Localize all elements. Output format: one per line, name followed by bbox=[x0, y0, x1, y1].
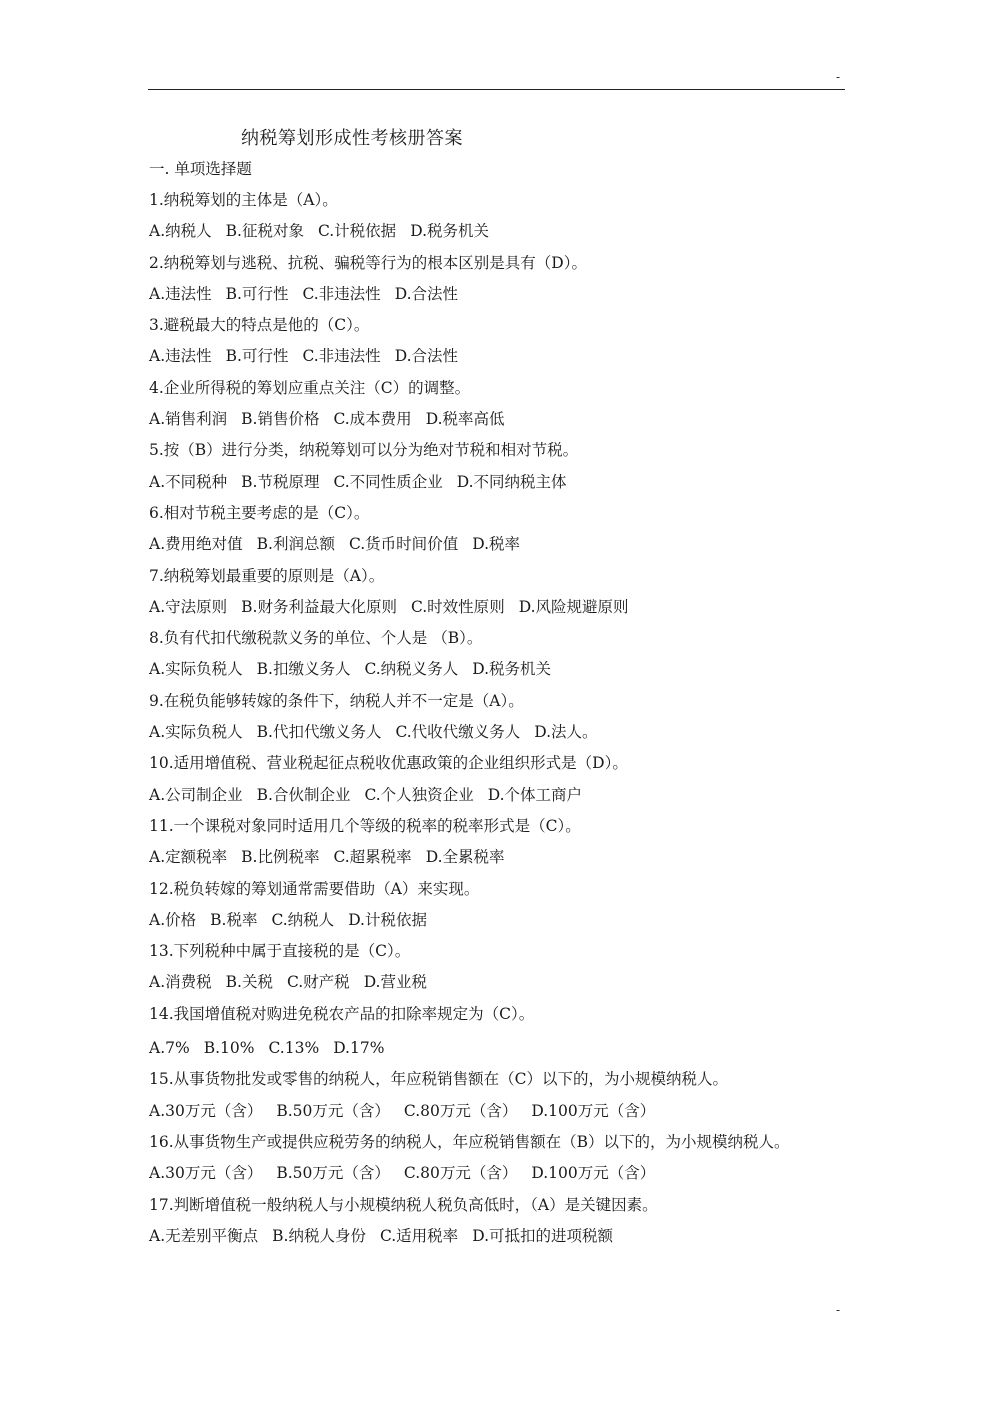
answer-option: C.货币时间价值 bbox=[349, 535, 458, 553]
answer-options: A.30万元（含）B.50万元（含）C.80万元（含）D.100万元（含） bbox=[149, 1158, 849, 1189]
answer-option: A.实际负税人 bbox=[149, 723, 243, 741]
answer-option: A.违法性 bbox=[149, 285, 212, 303]
answer-option: C.纳税义务人 bbox=[364, 660, 458, 678]
answer-option: A.纳税人 bbox=[149, 222, 212, 240]
answer-option: D.税务机关 bbox=[472, 660, 551, 678]
answer-option: B.扣缴义务人 bbox=[257, 660, 351, 678]
question-stem: 4.企业所得税的筹划应重点关注（C）的调整。 bbox=[149, 373, 849, 404]
answer-option: B.关税 bbox=[226, 973, 273, 991]
answer-option: D.税率 bbox=[472, 535, 520, 553]
answer-option: B.利润总额 bbox=[257, 535, 335, 553]
question-stem: 8.负有代扣代缴税款义务的单位、个人是 （B）。 bbox=[149, 623, 849, 654]
answer-option: C.不同性质企业 bbox=[333, 473, 442, 491]
question-list: 1.纳税筹划的主体是（A）。A.纳税人B.征税对象C.计税依据D.税务机关2.纳… bbox=[149, 185, 849, 1252]
answer-option: C.时效性原则 bbox=[411, 598, 505, 616]
document-body: 纳税筹划形成性考核册答案 一. 单项选择题 1.纳税筹划的主体是（A）。A.纳税… bbox=[149, 125, 849, 1252]
answer-option: B.销售价格 bbox=[241, 410, 319, 428]
answer-options: A.费用绝对值B.利润总额C.货币时间价值D.税率 bbox=[149, 529, 849, 560]
answer-option: A.守法原则 bbox=[149, 598, 227, 616]
answer-option: A.费用绝对值 bbox=[149, 535, 243, 553]
answer-option: C.13% bbox=[269, 1039, 320, 1057]
answer-option: B.10% bbox=[204, 1039, 255, 1057]
answer-option: B.50万元（含） bbox=[276, 1102, 390, 1120]
answer-option: D.全累税率 bbox=[426, 848, 505, 866]
answer-option: D.100万元（含） bbox=[531, 1102, 655, 1120]
footer-mark: - bbox=[836, 1303, 840, 1317]
question-stem: 16.从事货物生产或提供应税劳务的纳税人，年应税销售额在（B）以下的，为小规模纳… bbox=[149, 1127, 839, 1158]
header-rule bbox=[148, 89, 845, 90]
answer-options: A.不同税种B.节税原理C.不同性质企业D.不同纳税主体 bbox=[149, 467, 849, 498]
question-stem: 9.在税负能够转嫁的条件下，纳税人并不一定是（A）。 bbox=[149, 686, 849, 717]
answer-option: B.比例税率 bbox=[241, 848, 319, 866]
answer-option: C.80万元（含） bbox=[404, 1102, 517, 1120]
answer-option: B.可行性 bbox=[226, 285, 289, 303]
answer-option: D.合法性 bbox=[395, 285, 458, 303]
answer-option: A.违法性 bbox=[149, 347, 212, 365]
question-stem: 11.一个课税对象同时适用几个等级的税率的税率形式是（C）。 bbox=[149, 811, 849, 842]
answer-option: D.营业税 bbox=[364, 973, 427, 991]
answer-option: B.纳税人身份 bbox=[272, 1227, 366, 1245]
answer-option: D.17% bbox=[333, 1039, 384, 1057]
answer-option: D.计税依据 bbox=[348, 911, 427, 929]
answer-option: D.100万元（含） bbox=[531, 1164, 655, 1182]
question-stem: 10.适用增值税、营业税起征点税收优惠政策的企业组织形式是（D）。 bbox=[149, 748, 849, 779]
header-mark: - bbox=[836, 70, 840, 84]
answer-option: D.法人。 bbox=[534, 723, 597, 741]
answer-option: C.超累税率 bbox=[333, 848, 411, 866]
answer-option: C.80万元（含） bbox=[404, 1164, 517, 1182]
answer-option: A.不同税种 bbox=[149, 473, 227, 491]
answer-option: D.税务机关 bbox=[410, 222, 489, 240]
answer-options: A.消费税B.关税C.财产税D.营业税 bbox=[149, 967, 849, 998]
answer-options: A.30万元（含）B.50万元（含）C.80万元（含）D.100万元（含） bbox=[149, 1096, 849, 1127]
answer-options: A.实际负税人B.代扣代缴义务人C.代收代缴义务人D.法人。 bbox=[149, 717, 849, 748]
answer-option: A.30万元（含） bbox=[149, 1102, 262, 1120]
question-stem: 5.按（B）进行分类，纳税筹划可以分为绝对节税和相对节税。 bbox=[149, 435, 849, 466]
answer-options: A.纳税人B.征税对象C.计税依据D.税务机关 bbox=[149, 216, 849, 247]
question-stem: 12.税负转嫁的筹划通常需要借助（A）来实现。 bbox=[149, 874, 849, 905]
answer-option: B.征税对象 bbox=[226, 222, 304, 240]
answer-options: A.违法性B.可行性C.非违法性D.合法性 bbox=[149, 341, 849, 372]
answer-option: A.消费税 bbox=[149, 973, 212, 991]
question-stem: 17.判断增值税一般纳税人与小规模纳税人税负高低时，（A）是关键因素。 bbox=[149, 1190, 849, 1221]
answer-options: A.7%B.10%C.13%D.17% bbox=[149, 1033, 849, 1064]
answer-option: C.非违法性 bbox=[302, 285, 380, 303]
answer-option: C.成本费用 bbox=[333, 410, 411, 428]
answer-option: D.个体工商户 bbox=[488, 786, 582, 804]
question-stem: 2.纳税筹划与逃税、抗税、骗税等行为的根本区别是具有（D）。 bbox=[149, 248, 849, 279]
answer-option: C.代收代缴义务人 bbox=[395, 723, 520, 741]
document-title: 纳税筹划形成性考核册答案 bbox=[241, 125, 849, 154]
answer-option: C.计税依据 bbox=[318, 222, 396, 240]
answer-option: B.可行性 bbox=[226, 347, 289, 365]
question-stem: 15.从事货物批发或零售的纳税人，年应税销售额在（C）以下的，为小规模纳税人。 bbox=[149, 1064, 849, 1095]
section-heading: 一. 单项选择题 bbox=[149, 154, 849, 185]
answer-option: D.不同纳税主体 bbox=[457, 473, 567, 491]
answer-option: B.50万元（含） bbox=[276, 1164, 390, 1182]
answer-option: B.节税原理 bbox=[241, 473, 319, 491]
question-stem: 3.避税最大的特点是他的（C）。 bbox=[149, 310, 849, 341]
answer-options: A.无差别平衡点B.纳税人身份C.适用税率D.可抵扣的进项税额 bbox=[149, 1221, 849, 1252]
answer-option: D.可抵扣的进项税额 bbox=[472, 1227, 613, 1245]
answer-option: C.纳税人 bbox=[271, 911, 334, 929]
answer-options: A.定额税率B.比例税率C.超累税率D.全累税率 bbox=[149, 842, 849, 873]
question-stem: 14.我国增值税对购进免税农产品的扣除率规定为（C）。 bbox=[149, 999, 849, 1030]
answer-option: D.税率高低 bbox=[426, 410, 505, 428]
answer-option: C.适用税率 bbox=[380, 1227, 458, 1245]
answer-options: A.价格B.税率C.纳税人D.计税依据 bbox=[149, 905, 849, 936]
answer-option: A.定额税率 bbox=[149, 848, 227, 866]
question-stem: 1.纳税筹划的主体是（A）。 bbox=[149, 185, 849, 216]
answer-option: C.个人独资企业 bbox=[364, 786, 473, 804]
answer-options: A.违法性B.可行性C.非违法性D.合法性 bbox=[149, 279, 849, 310]
answer-option: B.合伙制企业 bbox=[257, 786, 351, 804]
answer-option: C.财产税 bbox=[287, 973, 350, 991]
answer-options: A.实际负税人B.扣缴义务人C.纳税义务人D.税务机关 bbox=[149, 654, 849, 685]
answer-option: A.销售利润 bbox=[149, 410, 227, 428]
answer-option: A.7% bbox=[149, 1039, 190, 1057]
answer-option: A.价格 bbox=[149, 911, 196, 929]
answer-option: A.实际负税人 bbox=[149, 660, 243, 678]
answer-option: A.30万元（含） bbox=[149, 1164, 262, 1182]
answer-option: B.财务利益最大化原则 bbox=[241, 598, 397, 616]
answer-options: A.公司制企业B.合伙制企业C.个人独资企业D.个体工商户 bbox=[149, 780, 849, 811]
question-stem: 7.纳税筹划最重要的原则是（A）。 bbox=[149, 561, 849, 592]
answer-option: D.风险规避原则 bbox=[519, 598, 629, 616]
answer-option: D.合法性 bbox=[395, 347, 458, 365]
answer-option: C.非违法性 bbox=[302, 347, 380, 365]
answer-options: A.守法原则B.财务利益最大化原则C.时效性原则D.风险规避原则 bbox=[149, 592, 849, 623]
answer-option: B.税率 bbox=[210, 911, 257, 929]
answer-option: B.代扣代缴义务人 bbox=[257, 723, 382, 741]
answer-options: A.销售利润B.销售价格C.成本费用D.税率高低 bbox=[149, 404, 849, 435]
question-stem: 13.下列税种中属于直接税的是（C）。 bbox=[149, 936, 849, 967]
answer-option: A.无差别平衡点 bbox=[149, 1227, 258, 1245]
question-stem: 6.相对节税主要考虑的是（C）。 bbox=[149, 498, 849, 529]
answer-option: A.公司制企业 bbox=[149, 786, 243, 804]
